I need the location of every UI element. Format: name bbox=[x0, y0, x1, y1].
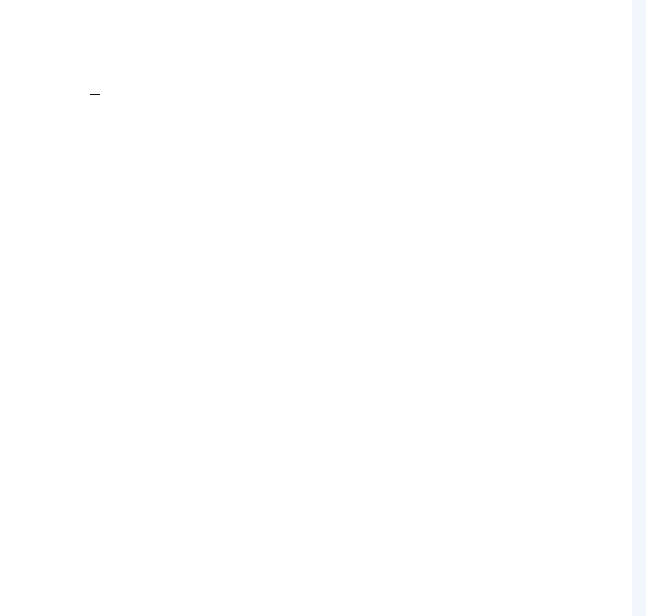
time-signature bbox=[90, 93, 100, 96]
side-panel bbox=[632, 0, 646, 616]
